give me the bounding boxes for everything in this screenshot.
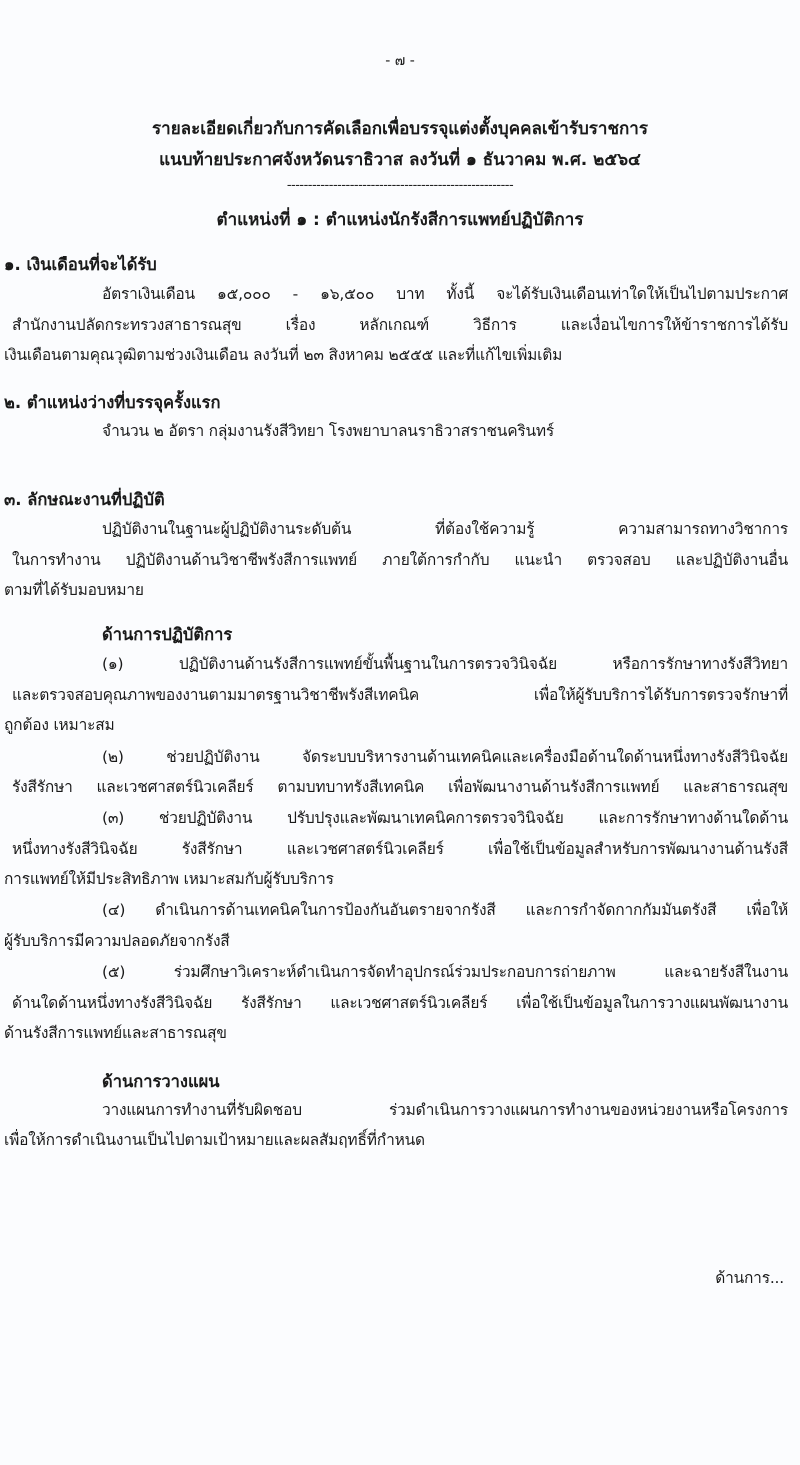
- title-separator: ----------------------------------------…: [0, 178, 800, 193]
- operations-item-3-line-2: หนึ่งทางรังสีวินิจฉัย รังสีรักษา และเวชศ…: [12, 839, 788, 859]
- subheading-planning: ด้านการวางแผน: [102, 1069, 220, 1095]
- document-title-line-1: รายละเอียดเกี่ยวกับการคัดเลือกเพื่อบรรจุ…: [0, 115, 800, 142]
- planning-line-1: วางแผนการทำงานที่รับผิดชอบ ร่วมดำเนินการ…: [102, 1100, 788, 1120]
- operations-item-2-line-1: (๒) ช่วยปฏิบัติงาน จัดระบบบริหารงานด้านเ…: [102, 747, 788, 767]
- section-heading-vacancy: ๒. ตำแหน่งว่างที่บรรจุครั้งแรก: [4, 390, 221, 416]
- operations-item-3-line-1: (๓) ช่วยปฏิบัติงาน ปรับปรุงและพัฒนาเทคนิ…: [102, 808, 788, 828]
- operations-item-5-line-1: (๕) ร่วมศึกษาวิเคราะห์ดำเนินการจัดทำอุปก…: [102, 962, 788, 982]
- section-heading-job-description: ๓. ลักษณะงานที่ปฏิบัติ: [4, 487, 165, 513]
- continuation-marker: ด้านการ...: [715, 1268, 784, 1288]
- operations-item-5-line-3: ด้านรังสีการแพทย์และสาธารณสุข: [4, 1023, 227, 1043]
- salary-line-1: อัตราเงินเดือน ๑๕,๐๐๐ - ๑๖,๕๐๐ บาท ทั้งน…: [102, 284, 788, 304]
- operations-item-5-line-2: ด้านใดด้านหนึ่งทางรังสีวินิจฉัย รังสีรัก…: [12, 993, 788, 1013]
- job-line-2: ในการทำงาน ปฏิบัติงานด้านวิชาชีพรังสีการ…: [12, 550, 788, 570]
- operations-item-3-line-3: การแพทย์ให้มีประสิทธิภาพ เหมาะสมกับผู้รั…: [4, 869, 334, 889]
- operations-item-1-line-2: และตรวจสอบคุณภาพของงานตามมาตรฐานวิชาชีพร…: [12, 685, 788, 705]
- job-line-1: ปฏิบัติงานในฐานะผู้ปฏิบัติงานระดับต้น ที…: [102, 519, 788, 539]
- salary-line-3: เงินเดือนตามคุณวุฒิตามช่วงเงินเดือน ลงวั…: [4, 345, 562, 365]
- vacancy-line-1: จำนวน ๒ อัตรา กลุ่มงานรังสีวิทยา โรงพยาบ…: [102, 421, 554, 441]
- job-line-3: ตามที่ได้รับมอบหมาย: [4, 580, 144, 600]
- operations-item-4-line-2: ผู้รับบริการมีความปลอดภัยจากรังสี: [4, 931, 230, 951]
- planning-line-2: เพื่อให้การดำเนินงานเป็นไปตามเป้าหมายและ…: [4, 1130, 425, 1150]
- document-title-line-2: แนบท้ายประกาศจังหวัดนราธิวาส ลงวันที่ ๑ …: [0, 146, 800, 173]
- operations-item-1-line-3: ถูกต้อง เหมาะสม: [4, 715, 114, 735]
- page-number: - ๗ -: [0, 50, 800, 72]
- subheading-operations: ด้านการปฏิบัติการ: [102, 622, 232, 648]
- position-title: ตำแหน่งที่ ๑ : ตำแหน่งนักรังสีการแพทย์ปฏ…: [0, 206, 800, 233]
- operations-item-4-line-1: (๔) ดำเนินการด้านเทคนิคในการป้องกันอันตร…: [102, 900, 788, 920]
- salary-line-2: สำนักงานปลัดกระทรวงสาธารณสุข เรื่อง หลัก…: [12, 315, 788, 335]
- operations-item-1-line-1: (๑) ปฏิบัติงานด้านรังสีการแพทย์ขั้นพื้นฐ…: [102, 654, 788, 674]
- section-heading-salary: ๑. เงินเดือนที่จะได้รับ: [4, 252, 157, 278]
- document-page: - ๗ - รายละเอียดเกี่ยวกับการคัดเลือกเพื่…: [0, 0, 800, 1465]
- operations-item-2-line-2: รังสีรักษา และเวชศาสตร์นิวเคลียร์ ตามบทบ…: [12, 777, 788, 797]
